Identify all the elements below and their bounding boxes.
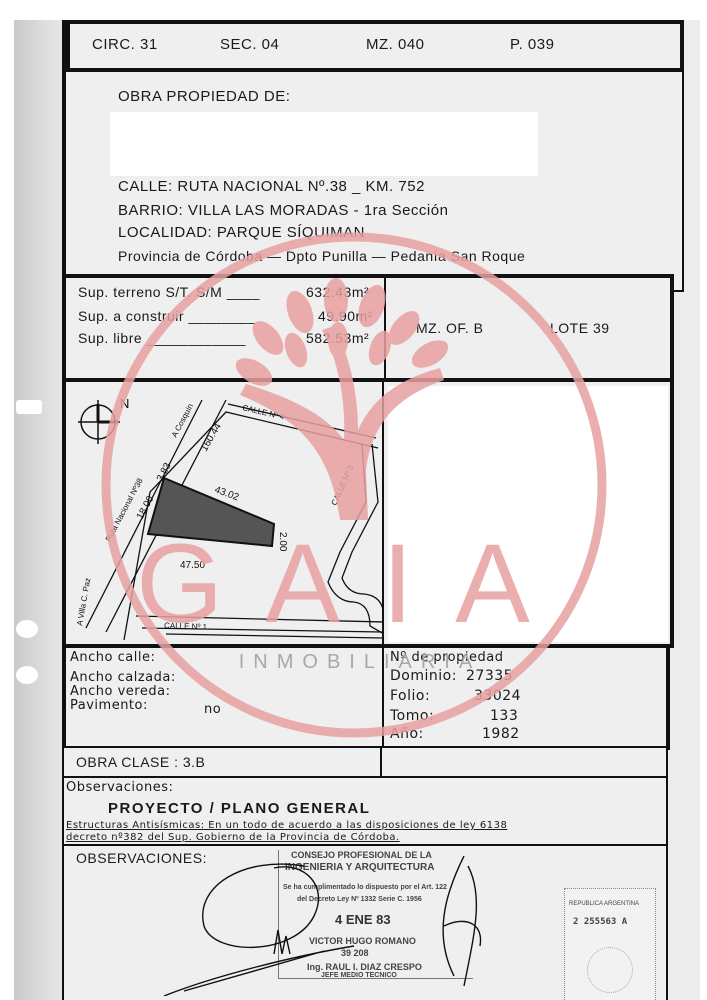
sup-terreno-label: Sup. terreno S/T. S/M ____ <box>78 284 260 300</box>
pavimento-value: no <box>204 702 221 717</box>
observaciones2-box: OBSERVACIONES: CONSEJO PROFESIONAL DE LA… <box>62 844 668 1000</box>
street-property-box: Ancho calle: Ancho calzada: Ancho vereda… <box>62 644 670 750</box>
circ-label: CIRC. 31 <box>92 36 158 53</box>
sup-construir-value: 49.90m² <box>318 308 373 324</box>
obra-clase: OBRA CLASE : 3.B <box>76 754 205 770</box>
calle-line: CALLE: RUTA NACIONAL Nº.38 _ KM. 752 <box>118 178 425 195</box>
tomo-value: 133 <box>490 708 518 724</box>
folio-value: 33024 <box>474 688 521 704</box>
folio-label: Folio: <box>390 688 430 704</box>
owner-box: OBRA PROPIEDAD DE: CALLE: RUTA NACIONAL … <box>62 70 684 292</box>
binder-margin <box>14 20 62 1000</box>
svg-text:A Villa C. Paz: A Villa C. Paz <box>75 577 92 626</box>
revenue-stamp-portrait <box>587 947 633 993</box>
site-plan-drawing: N 160.44 43.02 47.50 2.00 18.00 3.83 <box>66 382 384 644</box>
sup-libre-label: Sup. libre ____________ <box>78 330 246 346</box>
observaciones-box: Observaciones: PROYECTO / PLANO GENERAL … <box>62 776 668 846</box>
svg-text:CALLE Nº 1: CALLE Nº 1 <box>164 621 208 632</box>
anio-value: 1982 <box>482 726 520 742</box>
property-title: Nº de propiedad <box>390 650 503 665</box>
mz-label: MZ. 040 <box>366 36 425 53</box>
tomo-label: Tomo: <box>390 708 434 724</box>
plan-sheet: CIRC. 31 SEC. 04 MZ. 040 P. 039 OBRA PRO… <box>62 20 682 1000</box>
mz-oficial: MZ. OF. B <box>416 320 484 336</box>
punch-hole <box>16 400 42 414</box>
obra-clase-box: OBRA CLASE : 3.B <box>62 746 668 778</box>
provincia-line: Provincia de Córdoba — Dpto Punilla — Pe… <box>118 248 525 264</box>
signature-left <box>154 846 454 996</box>
header-box: CIRC. 31 SEC. 04 MZ. 040 P. 039 <box>62 20 684 72</box>
redacted-owner-name <box>110 112 538 176</box>
location-map-box: N 160.44 43.02 47.50 2.00 18.00 3.83 <box>62 378 674 648</box>
signature-right <box>424 856 504 996</box>
punch-hole <box>16 620 38 638</box>
sup-libre-value: 582.53m² <box>306 330 369 346</box>
proyecto-title: PROYECTO / PLANO GENERAL <box>108 800 370 817</box>
revenue-stamp-country: REPUBLICA ARGENTINA <box>569 901 639 907</box>
redacted-area <box>388 386 668 642</box>
ancho-calzada-label: Ancho calzada: <box>70 670 176 685</box>
ancho-vereda-label: Ancho vereda: <box>70 684 170 699</box>
svg-text:2.00: 2.00 <box>277 532 288 552</box>
owner-label: OBRA PROPIEDAD DE: <box>118 88 290 105</box>
pavimento-label: Pavimento: <box>70 698 148 713</box>
observaciones-label: Observaciones: <box>66 780 173 795</box>
dominio-label: Dominio: <box>390 668 457 684</box>
divider <box>384 278 386 378</box>
revenue-stamp-serial: 2 255563 A <box>573 917 627 927</box>
lot-39-shape <box>148 478 274 546</box>
surfaces-box: Sup. terreno S/T. S/M ____ 632.43m² Sup.… <box>62 274 674 382</box>
ancho-calle-label: Ancho calle: <box>70 650 155 665</box>
decreto-line: decreto nº382 del Sup. Gobierno de la Pr… <box>66 832 400 843</box>
revenue-stamp: REPUBLICA ARGENTINA 2 255563 A <box>564 888 656 1000</box>
localidad-line: LOCALIDAD: PARQUE SÍQUIMAN <box>118 224 365 241</box>
dominio-value: 27335 <box>466 668 513 684</box>
north-arrow-icon <box>78 400 120 444</box>
sec-label: SEC. 04 <box>220 36 279 53</box>
lote-number: LOTE 39 <box>550 320 610 336</box>
punch-hole <box>16 666 38 684</box>
divider <box>380 748 382 776</box>
barrio-line: BARRIO: VILLA LAS MORADAS - 1ra Sección <box>118 202 448 219</box>
divider <box>382 648 384 746</box>
sup-terreno-value: 632.43m² <box>306 284 369 300</box>
sup-construir-label: Sup. a construir ________ <box>78 308 255 324</box>
svg-text:CALLE Nº 4: CALLE Nº 4 <box>242 403 286 422</box>
parcela-label: P. 039 <box>510 36 554 53</box>
estructuras-line: Estructuras Antisísmicas: En un todo de … <box>66 820 507 831</box>
svg-text:N: N <box>120 396 129 411</box>
anio-label: Año: <box>390 726 424 742</box>
svg-text:47.50: 47.50 <box>180 560 205 571</box>
svg-text:CALLE Nº 3: CALLE Nº 3 <box>330 463 356 506</box>
